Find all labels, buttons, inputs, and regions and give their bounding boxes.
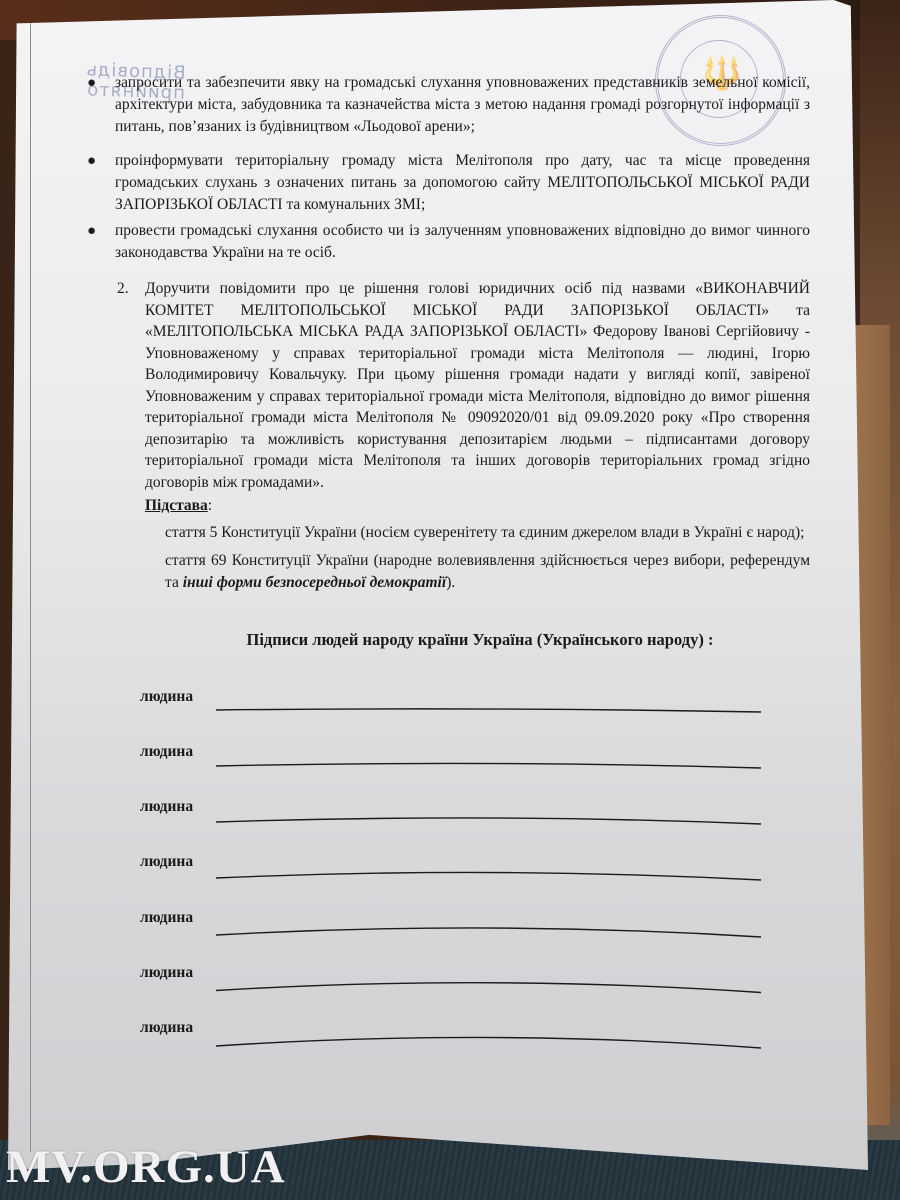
signature-field[interactable] [216,1036,761,1056]
basis-item: стаття 69 Конституції України (народне в… [165,550,810,594]
numbered-item-2: 2. Доручити повідомити про це рішення го… [145,278,810,493]
bullet-icon: ● [87,72,96,94]
signature-field[interactable] [216,926,761,946]
signature-field[interactable] [216,705,761,725]
signature-label: людина [140,798,193,816]
signature-row: людина [140,688,770,718]
signature-label: людина [140,743,193,761]
signature-label: людина [140,853,193,871]
signature-row: людина [140,964,770,994]
watermark-logo: MV.ORG.UA [6,1140,286,1194]
signature-label: людина [140,964,193,982]
signatures-title: Підписи людей народу країни Україна (Укр… [130,630,830,650]
signature-row: людина [140,743,770,773]
basis-list: стаття 5 Конституції України (носієм сув… [165,522,810,600]
basis-item: стаття 5 Конституції України (носієм сув… [165,522,810,544]
signature-field[interactable] [216,815,761,835]
signature-label: людина [140,909,193,927]
signature-field[interactable] [216,760,761,780]
bullet-item: ● провести громадські слухання особисто … [115,220,810,264]
bullet-icon: ● [87,220,96,242]
document-content: Відповідь прийнято 🔱 ● запросити та забе… [0,0,900,1200]
bullet-item: ● проінформувати територіальну громаду м… [115,150,810,216]
bullet-item: ● запросити та забезпечити явку на грома… [115,72,810,138]
signature-field[interactable] [216,870,761,890]
basis-heading: Підстава: [145,497,212,515]
signature-row: людина [140,1019,770,1049]
signature-label: людина [140,1019,193,1037]
signature-row: людина [140,798,770,828]
signature-row: людина [140,909,770,939]
signature-row: людина [140,853,770,883]
signature-label: людина [140,688,193,706]
bullet-icon: ● [87,150,96,172]
signature-field[interactable] [216,981,761,1001]
